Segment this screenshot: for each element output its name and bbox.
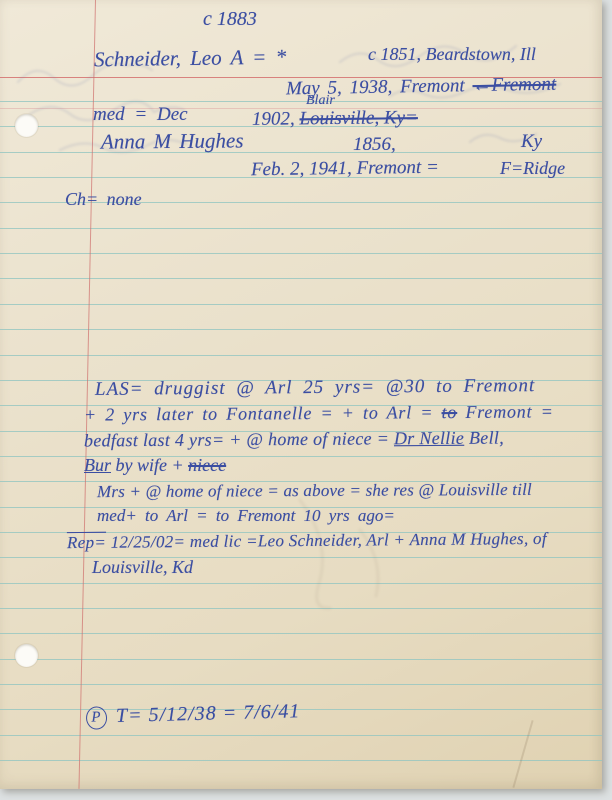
note-line-8: Louisville, Kd — [92, 557, 193, 578]
rule-line — [0, 760, 602, 761]
rule-line — [0, 684, 602, 685]
marriage-place-correction: Blair — [306, 93, 335, 109]
marriage-label: med = Dec — [93, 104, 188, 126]
note-paper: c 1883 Schneider, Leo A = * c 1851, Bear… — [0, 0, 602, 789]
marriage-year: 1902, — [252, 108, 300, 129]
rule-line — [0, 608, 602, 609]
note-line-4-underlined: Bur — [84, 455, 111, 475]
note-line-3-prefix: bedfast last 4 yrs= + @ home of niece = — [84, 428, 394, 450]
rule-line — [0, 659, 602, 660]
footer-text: T= 5/12/38 = 7/6/41 — [116, 700, 301, 727]
rule-line — [0, 557, 602, 558]
note-line-6: med+ to Arl = to Fremont 10 yrs ago= — [97, 506, 395, 526]
spouse-name: Anna M Hughes — [101, 128, 244, 154]
rule-line — [0, 329, 602, 330]
spouse-death: Feb. 2, 1941, Fremont = — [251, 157, 439, 182]
rule-line — [0, 304, 602, 305]
punch-hole-bottom — [15, 644, 38, 667]
rule-line — [0, 101, 602, 102]
note-line-2-prefix: + 2 yrs later to Fontanelle = + to Arl = — [84, 402, 442, 424]
marriage-entry: 1902, Louisville, Ky= — [252, 107, 418, 131]
note-line-3-suffix: Bell, — [464, 428, 504, 448]
note-line-5: Mrs + @ home of niece = as above = she r… — [97, 480, 532, 502]
punch-hole-top — [15, 114, 38, 137]
spouse-birth-year: 1856, — [353, 134, 396, 156]
rule-line — [0, 583, 602, 584]
note-line-2: + 2 yrs later to Fontanelle = + to Arl =… — [84, 401, 554, 425]
note-line-4-struck: niece — [188, 455, 226, 475]
rule-line — [0, 735, 602, 736]
marriage-place-struck: Louisville, Ky= — [299, 107, 418, 129]
subject-name: Schneider, Leo A = * — [94, 45, 286, 73]
circled-letter: P — [86, 706, 108, 730]
rule-line — [0, 355, 602, 356]
note-line-7: Rep= 12/25/02= med lic =Leo Schneider, A… — [67, 529, 547, 553]
year-heading: c 1883 — [203, 8, 257, 31]
note-line-7-rest: 12/25/02= med lic =Leo Schneider, Arl + … — [106, 529, 547, 552]
note-line-2-suffix: Fremont = — [457, 401, 554, 422]
paper-crease — [512, 720, 533, 788]
footer-dates: PT= 5/12/38 = 7/6/41 — [86, 700, 301, 730]
note-line-4: Bur by wife + niece — [84, 455, 226, 476]
subject-birth: c 1851, Beardstown, Ill — [368, 44, 536, 65]
note-line-4-mid: by wife + — [111, 455, 188, 475]
spouse-burial: F=Ridge — [500, 158, 565, 179]
note-line-2-struck: to — [441, 402, 457, 422]
rule-line — [0, 633, 602, 634]
spouse-birth-place: Ky — [521, 131, 542, 153]
children-entry: Ch= none — [65, 189, 142, 210]
note-line-3-underlined: Dr Nellie — [394, 428, 464, 448]
note-line-7-rep: Rep= — [67, 533, 106, 552]
note-line-1: LAS= druggist @ Arl 25 yrs= @30 to Fremo… — [95, 375, 535, 401]
note-line-3: bedfast last 4 yrs= + @ home of niece = … — [84, 428, 504, 452]
death-strikeout: ←Fremont — [472, 74, 556, 96]
rule-line — [0, 152, 602, 153]
